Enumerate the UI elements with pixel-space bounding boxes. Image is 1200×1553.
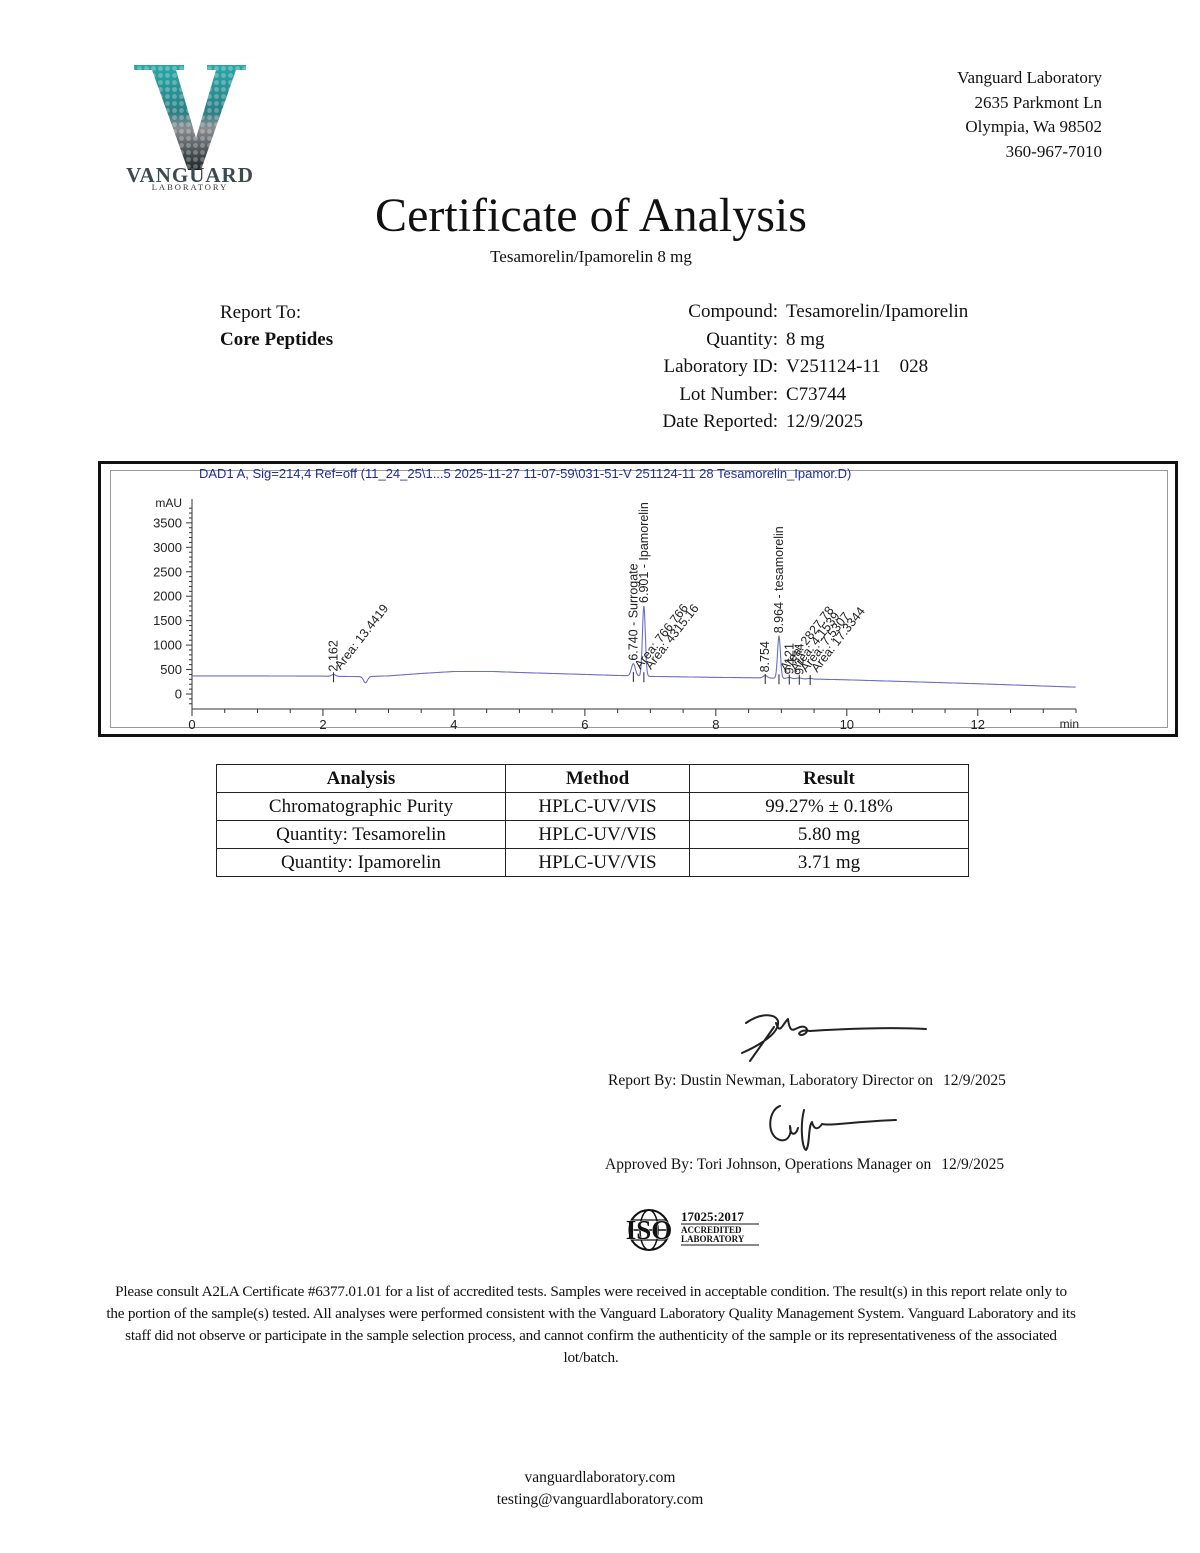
peak-label: 6.901 - Ipamorelin (637, 502, 651, 603)
meta-label: Compound: (560, 298, 786, 326)
meta-value: Tesamorelin/Ipamorelin (786, 298, 968, 326)
lab-street: 2635 Parkmont Ln (957, 91, 1102, 116)
x-tick-label: 10 (840, 717, 854, 732)
footer-email-link[interactable]: testing@vanguardlaboratory.com (0, 1489, 1200, 1511)
cell-analysis: Chromatographic Purity (217, 793, 506, 821)
cell-result: 3.71 mg (690, 849, 969, 877)
signature-tori-johnson-icon (760, 1096, 900, 1152)
y-tick-label: 1500 (153, 613, 182, 628)
cell-result: 99.27% ± 0.18% (690, 793, 969, 821)
vanguard-v-logo-icon: VANGUARD LABORATORY (108, 58, 278, 193)
approved-by: Approved By: Tori Johnson, Operations Ma… (605, 1156, 1004, 1174)
y-tick-label: 2500 (153, 564, 182, 579)
report-to: Report To: Core Peptides (220, 299, 333, 353)
table-row: Quantity: Ipamorelin HPLC-UV/VIS 3.71 mg (217, 849, 969, 877)
peak-label: 8.754 (758, 641, 772, 672)
y-tick-label: 3500 (153, 515, 182, 530)
report-to-label: Report To: (220, 299, 333, 326)
vanguard-logo: VANGUARD LABORATORY (108, 58, 278, 193)
meta-label: Quantity: (560, 326, 786, 354)
column-header-analysis: Analysis (217, 765, 506, 793)
chromatogram-plot: 0500100015002000250030003500mAU024681012… (101, 464, 1175, 734)
cell-method: HPLC-UV/VIS (506, 793, 690, 821)
lab-address: Vanguard Laboratory 2635 Parkmont Ln Oly… (957, 66, 1102, 164)
cell-analysis: Quantity: Ipamorelin (217, 849, 506, 877)
x-axis-label: min (1060, 717, 1079, 731)
y-tick-label: 2000 (153, 589, 182, 604)
meta-label: Lot Number: (560, 381, 786, 409)
peak-label: 8.964 - tesamorelin (772, 526, 786, 633)
y-axis-label: mAU (155, 496, 182, 510)
footer: vanguardlaboratory.com testing@vanguardl… (0, 1467, 1200, 1511)
meta-row-quantity: Quantity: 8 mg (560, 326, 968, 354)
x-tick-label: 8 (712, 717, 719, 732)
report-by: Report By: Dustin Newman, Laboratory Dir… (608, 1072, 1006, 1090)
table-row: Chromatographic Purity HPLC-UV/VIS 99.27… (217, 793, 969, 821)
iso-accreditation-badge: ISO 17025:2017 ACCREDITED LABORATORY (623, 1206, 763, 1252)
peak-area-label: Area: 13.4419 (332, 602, 391, 673)
meta-value: V251124-11 028 (786, 353, 928, 381)
x-tick-label: 4 (450, 717, 457, 732)
x-tick-label: 0 (188, 717, 195, 732)
iso-standard: 17025:2017 (681, 1209, 744, 1224)
table-row: Quantity: Tesamorelin HPLC-UV/VIS 5.80 m… (217, 821, 969, 849)
client-name: Core Peptides (220, 326, 333, 353)
report-by-date: 12/9/2025 (943, 1072, 1006, 1090)
y-tick-label: 500 (160, 662, 182, 677)
meta-row-compound: Compound: Tesamorelin/Ipamorelin (560, 298, 968, 326)
page-title: Certificate of Analysis (0, 186, 1182, 246)
footer-website-link[interactable]: vanguardlaboratory.com (0, 1467, 1200, 1489)
y-tick-label: 0 (175, 687, 182, 702)
meta-row-laboratory-id: Laboratory ID: V251124-11 028 (560, 353, 968, 381)
cell-analysis: Quantity: Tesamorelin (217, 821, 506, 849)
y-tick-label: 3000 (153, 540, 182, 555)
signature-dustin-newman-icon (730, 1005, 930, 1065)
meta-label: Date Reported: (560, 408, 786, 436)
iso-mark: ISO (626, 1215, 673, 1245)
cell-result: 5.80 mg (690, 821, 969, 849)
x-tick-label: 12 (971, 717, 985, 732)
x-tick-label: 6 (581, 717, 588, 732)
meta-value: 12/9/2025 (786, 408, 863, 436)
meta-label: Laboratory ID: (560, 353, 786, 381)
meta-value: C73744 (786, 381, 846, 409)
iso-line2: LABORATORY (681, 1234, 745, 1244)
report-by-text: Report By: Dustin Newman, Laboratory Dir… (608, 1072, 933, 1089)
x-tick-label: 2 (319, 717, 326, 732)
lab-phone: 360-967-7010 (957, 140, 1102, 165)
cell-method: HPLC-UV/VIS (506, 821, 690, 849)
meta-row-lot-number: Lot Number: C73744 (560, 381, 968, 409)
sample-metadata: Compound: Tesamorelin/Ipamorelin Quantit… (560, 298, 968, 436)
column-header-method: Method (506, 765, 690, 793)
disclaimer: Please consult A2LA Certificate #6377.01… (105, 1281, 1077, 1369)
cell-method: HPLC-UV/VIS (506, 849, 690, 877)
approved-by-text: Approved By: Tori Johnson, Operations Ma… (605, 1156, 931, 1173)
table-header-row: Analysis Method Result (217, 765, 969, 793)
lab-name: Vanguard Laboratory (957, 66, 1102, 91)
meta-value: 8 mg (786, 326, 825, 354)
meta-row-date-reported: Date Reported: 12/9/2025 (560, 408, 968, 436)
chromatogram: DAD1 A, Sig=214,4 Ref=off (11_24_25\1...… (98, 461, 1178, 737)
y-tick-label: 1000 (153, 638, 182, 653)
lab-city: Olympia, Wa 98502 (957, 115, 1102, 140)
approved-by-date: 12/9/2025 (941, 1156, 1004, 1174)
page-subtitle: Tesamorelin/Ipamorelin 8 mg (0, 246, 1182, 268)
column-header-result: Result (690, 765, 969, 793)
results-table: Analysis Method Result Chromatographic P… (216, 764, 969, 877)
